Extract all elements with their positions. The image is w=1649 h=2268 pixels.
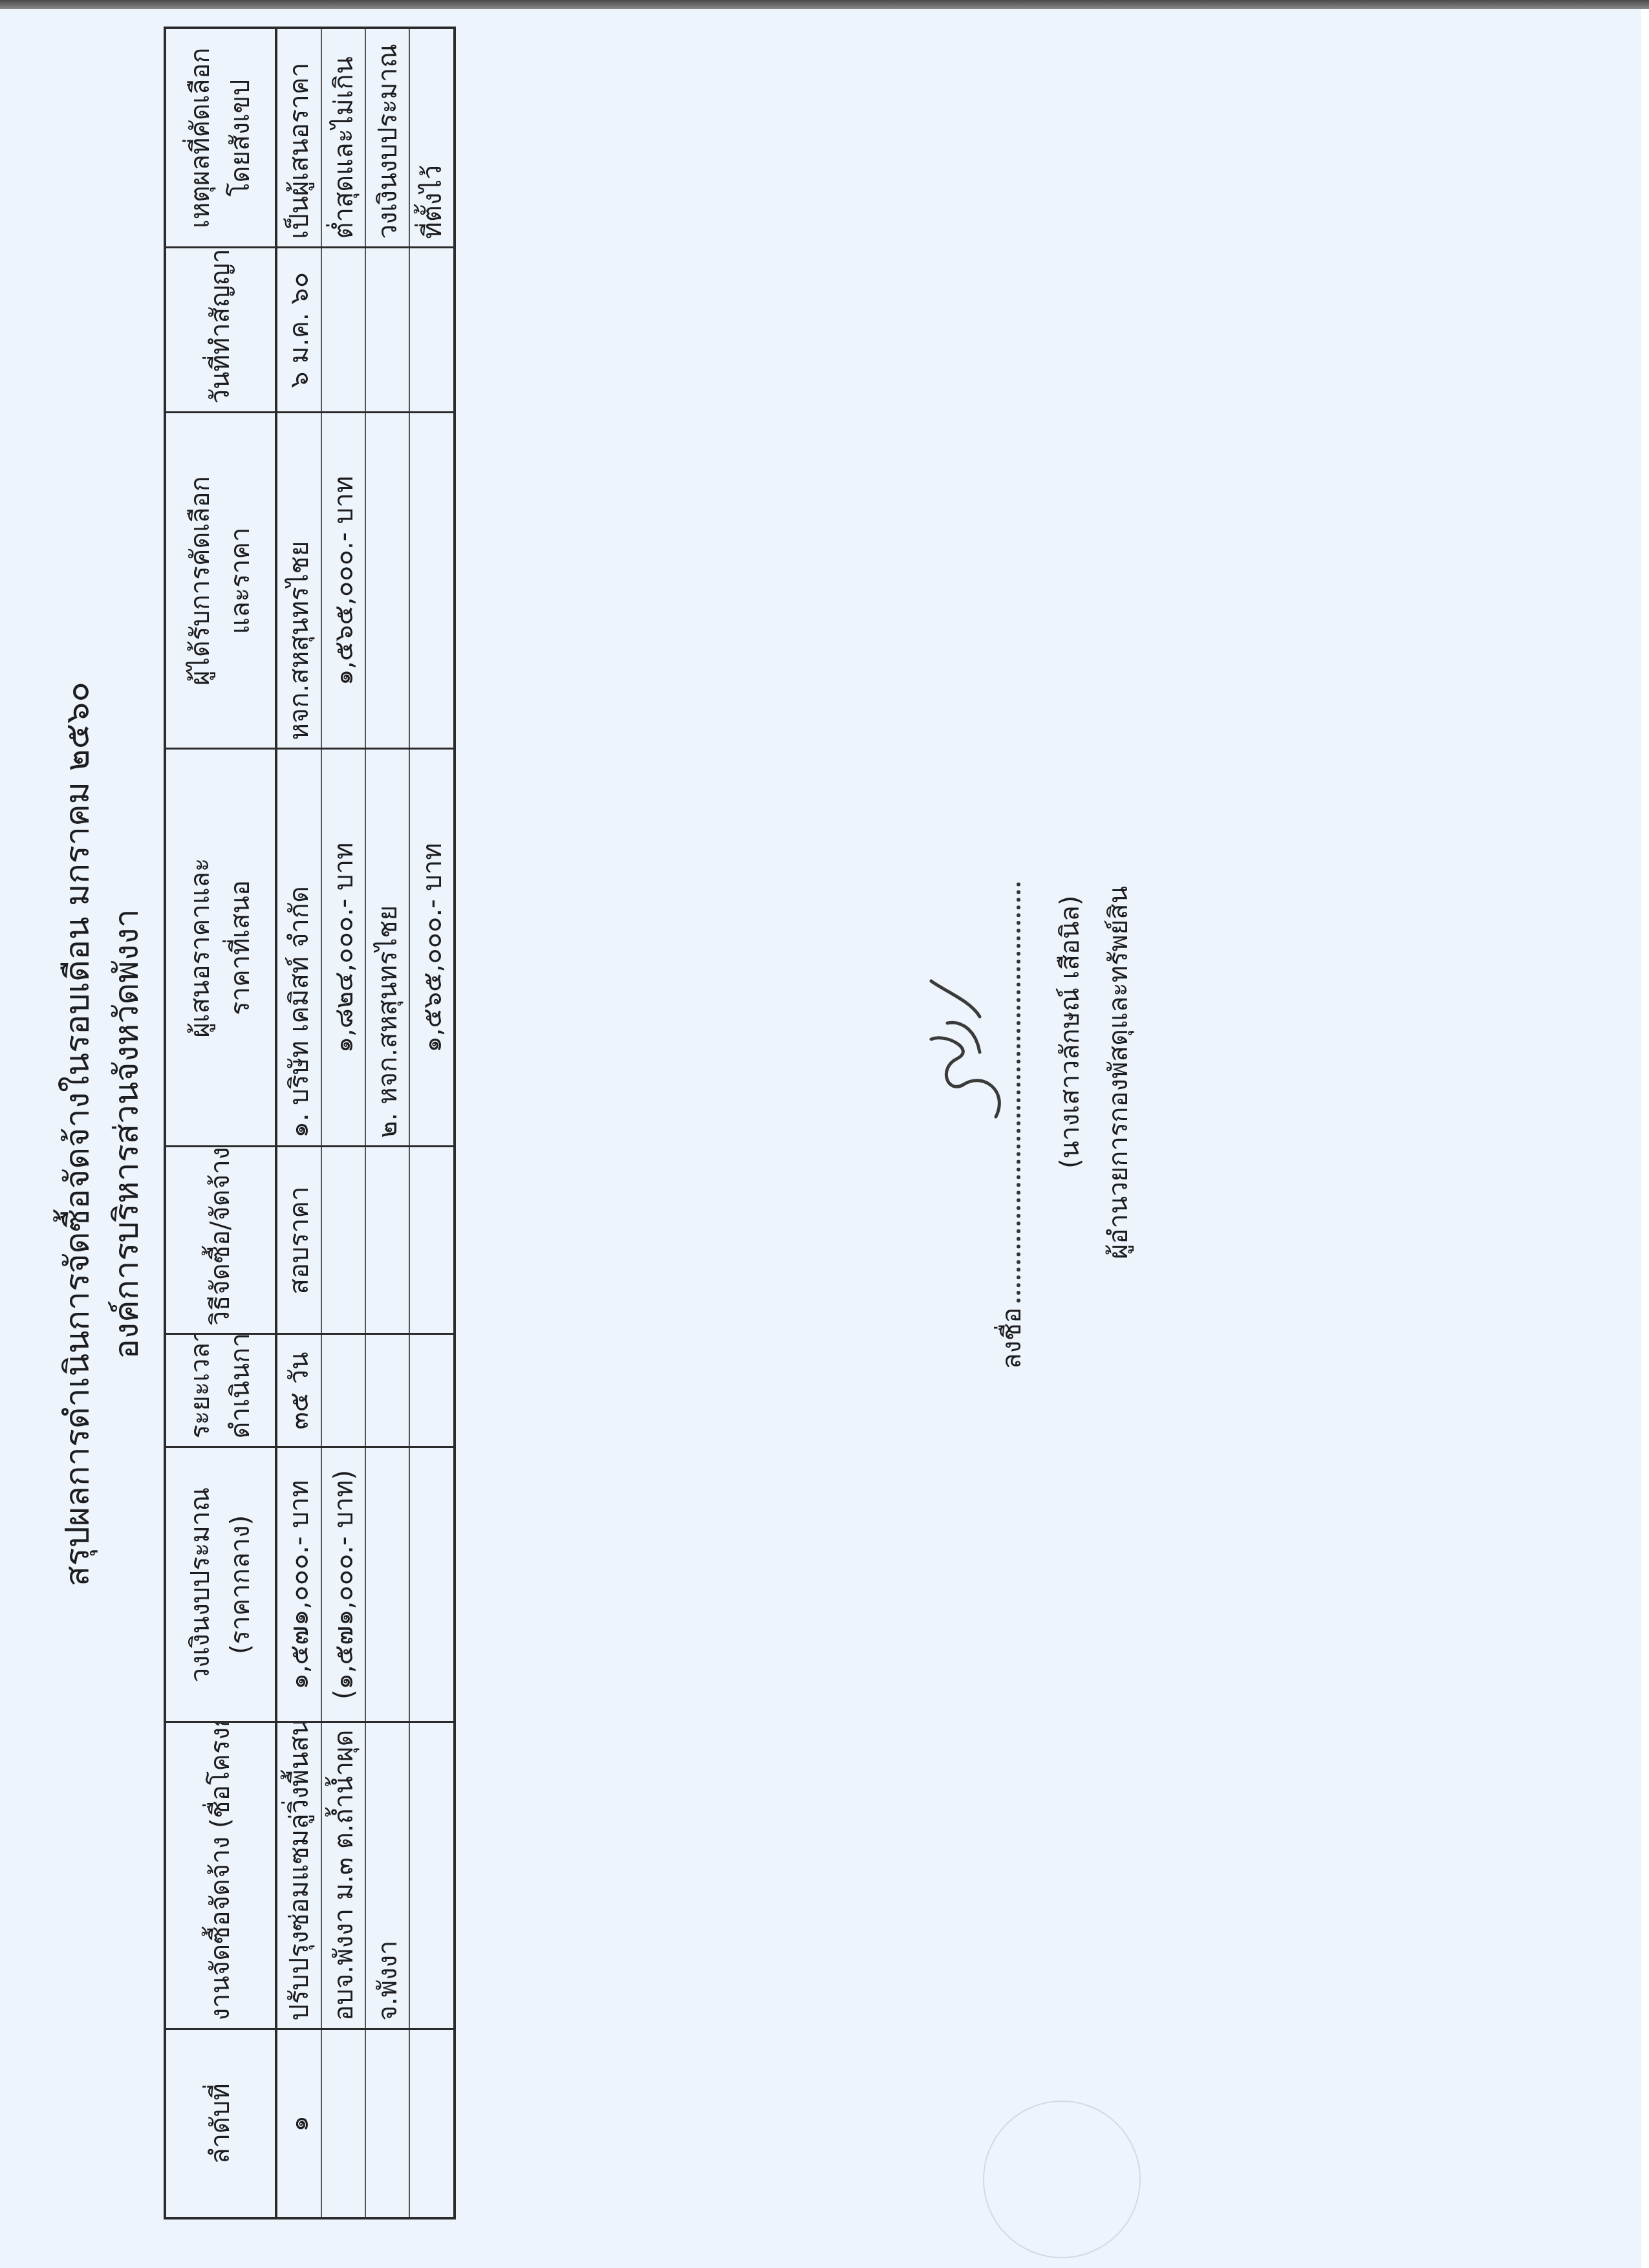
cell-budget — [409, 1447, 455, 1722]
signature-line: ลงชื่อ — [996, 882, 1028, 1369]
embossed-seal-icon — [983, 2101, 1141, 2258]
cell-contract-date — [365, 248, 409, 413]
cell-project: อบจ.พังงา ม.๓ ต.ถ้ำน้ำผุด อ.เมือง — [321, 1722, 365, 2029]
cell-duration — [365, 1334, 409, 1447]
cell-no: ๑ — [276, 2029, 321, 2218]
cell-reason: วงเงินงบประมาณ — [365, 28, 409, 248]
cell-reason: ต่ำสุดและไม่เกิน — [321, 28, 365, 248]
cell-no — [321, 2029, 365, 2218]
cell-project: ปรับปรุงซ่อมแซมลู่วิ่งพื้นสนามกีฬา — [276, 1722, 321, 2029]
cell-bidders: ๑,๘๒๔,๐๐๐.- บาท — [321, 749, 365, 1147]
header-winner: ผู้ได้รับการคัดเลือกและราคา — [165, 413, 276, 749]
table-row: ๑ ปรับปรุงซ่อมแซมลู่วิ่งพื้นสนามกีฬา ๑,๕… — [276, 28, 321, 2218]
signatory-name: (นางเสาวลักษณ์ เสือนิล) — [1054, 896, 1086, 1169]
header-no: ลำดับที่ — [165, 2029, 276, 2218]
organization-name: องค์การบริหารส่วนจังหวัดพังงา — [106, 0, 147, 2268]
cell-bidders: ๒. หจก.สหสุนทรไชย — [365, 749, 409, 1147]
header-reason: เหตุผลที่คัดเลือกโดยสังเขป — [165, 28, 276, 248]
table-row: อบจ.พังงา ม.๓ ต.ถ้ำน้ำผุด อ.เมือง (๑,๕๗๑… — [321, 28, 365, 2218]
dotted-line — [997, 882, 1020, 1302]
cell-project — [409, 1722, 455, 2029]
cell-method — [409, 1147, 455, 1334]
header-budget: วงเงินงบประมาณ(ราคากลาง) — [165, 1447, 276, 1722]
cell-duration — [321, 1334, 365, 1447]
cell-no — [365, 2029, 409, 2218]
cell-reason: เป็นผู้เสนอราคา — [276, 28, 321, 248]
cell-budget: ๑,๕๗๑,๐๐๐.- บาท — [276, 1447, 321, 1722]
cell-project: จ.พังงา — [365, 1722, 409, 2029]
cell-winner — [409, 413, 455, 749]
cell-contract-date — [321, 248, 365, 413]
cell-reason: ที่ตั้งไว้ — [409, 28, 455, 248]
cell-contract-date: ๖ ม.ค. ๖๐ — [276, 248, 321, 413]
cell-contract-date — [409, 248, 455, 413]
header-duration: ระยะเวลาดำเนินการ — [165, 1334, 276, 1447]
signatory-position: ผู้อำนวยการกองพัสดุและทรัพย์สิน — [1103, 886, 1135, 1259]
cell-winner: ๑,๕๖๕,๐๐๐.- บาท — [321, 413, 365, 749]
table-row: จ.พังงา ๒. หจก.สหสุนทรไชย วงเงินงบประมาณ — [365, 28, 409, 2218]
cell-winner — [365, 413, 409, 749]
cell-method: สอบราคา — [276, 1147, 321, 1334]
cell-winner: หจก.สหสุนทรไชย — [276, 413, 321, 749]
cell-bidders: ๑. บริษัท เคมิสท์ จำกัด — [276, 749, 321, 1147]
header-bidders: ผู้เสนอราคาและราคาที่เสนอ — [165, 749, 276, 1147]
signature-label: ลงชื่อ — [997, 1308, 1027, 1369]
header-project: งานจัดซื้อจัดจ้าง (ชื่อโครงการ) — [165, 1722, 276, 2029]
cell-no — [409, 2029, 455, 2218]
document-title: สรุปผลการดำเนินการจัดซื้อจัดจ้างในรอบเดื… — [57, 0, 98, 2268]
cell-duration — [409, 1334, 455, 1447]
cell-budget: (๑,๕๗๑,๐๐๐.- บาท) — [321, 1447, 365, 1722]
cell-duration: ๓๕ วัน — [276, 1334, 321, 1447]
cell-bidders: ๑,๕๖๕,๐๐๐.- บาท — [409, 749, 455, 1147]
cell-method — [365, 1147, 409, 1334]
table-row: ๑,๕๖๕,๐๐๐.- บาท ที่ตั้งไว้ — [409, 28, 455, 2218]
header-contract-date: วันที่ทำสัญญา — [165, 248, 276, 413]
table-header-row: ลำดับที่ งานจัดซื้อจัดจ้าง (ชื่อโครงการ)… — [165, 28, 276, 2218]
document-page: สรุปผลการดำเนินการจัดซื้อจัดจ้างในรอบเดื… — [0, 0, 1649, 2268]
procurement-summary-table: ลำดับที่ งานจัดซื้อจัดจ้าง (ชื่อโครงการ)… — [164, 27, 456, 2219]
cell-method — [321, 1147, 365, 1334]
header-method: วิธีจัดซื้อ/จัดจ้าง — [165, 1147, 276, 1334]
cell-budget — [365, 1447, 409, 1722]
